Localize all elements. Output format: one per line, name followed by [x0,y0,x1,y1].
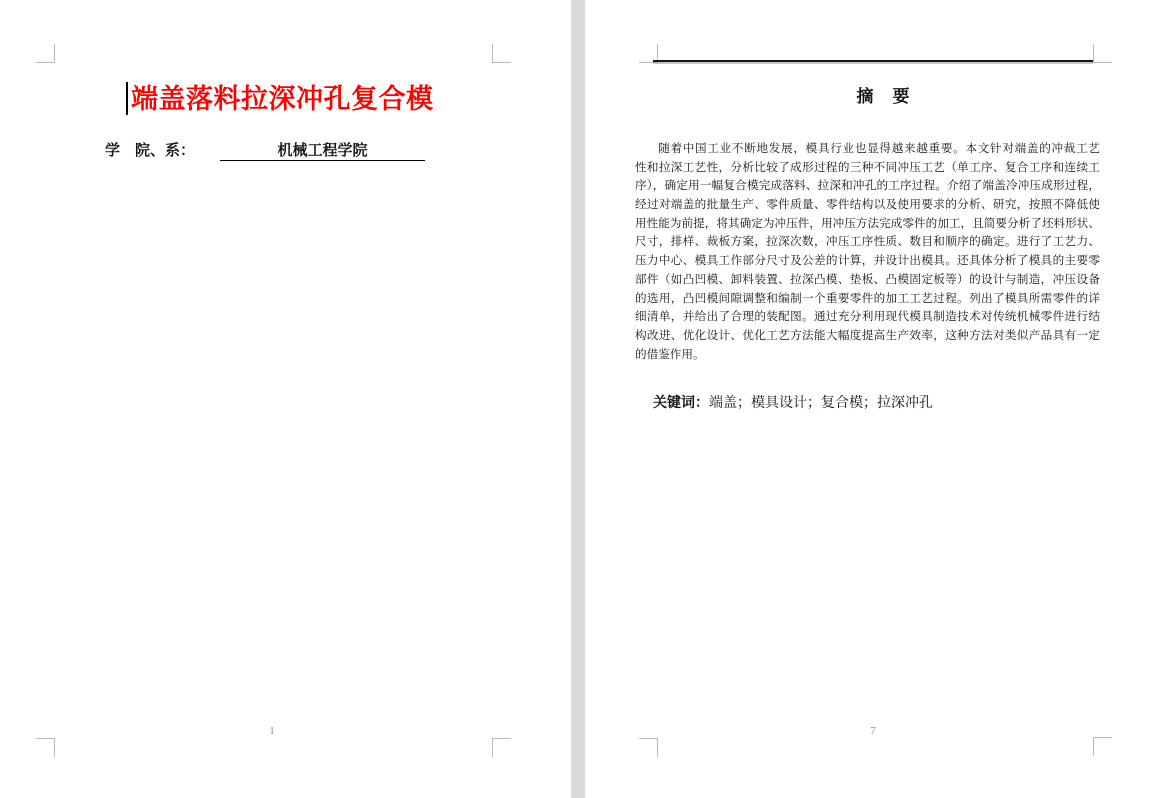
crop-mark-top-right [1093,44,1112,63]
crop-mark-bottom-right [1093,737,1112,756]
abstract-line[interactable]: 性和拉深工艺性，分析比较了成形过程的三种不同冲压工艺（单工序、复合工序和连续工 [635,159,1100,178]
abstract-line[interactable]: 细清单，并给出了合理的装配图。通过充分利用现代模具制造技术对传统机械零件进行结 [635,308,1100,327]
abstract-line[interactable]: 用性能为前提，将其确定为冲压件，用冲压方法完成零件的加工，且简要分析了坯料形状、 [635,215,1100,234]
department-value-underline[interactable]: 机械工程学院 [220,143,425,161]
abstract-line[interactable]: 的借鉴作用。 [635,346,1100,365]
abstract-line[interactable]: 压力中心、模具工作部分尺寸及公差的计算，并设计出模具。还具体分析了模具的主要零 [635,252,1100,271]
department-row[interactable]: 学 院、系：机械工程学院 [105,143,425,161]
abstract-line[interactable]: 构改进、优化设计、优化工艺方法能大幅度提高生产效率，这种方法对类似产品具有一定 [635,327,1100,346]
abstract-line[interactable]: 的选用，凸凹模间隙调整和编制一个重要零件的加工工艺过程。列出了模具所需零件的详 [635,290,1100,309]
page-number-left: 1 [252,725,292,737]
document-view: 端盖落料拉深冲孔复合模 学 院、系：机械工程学院 1 摘 要 随着中国工业不断地… [0,0,1167,798]
abstract-line[interactable]: 部件（如凸凹模、卸料装置、拉深凸模、垫板、凸模固定板等）的设计与制造，冲压设备 [635,271,1100,290]
crop-mark-bottom-left [639,738,658,757]
keywords-value: 端盖；模具设计；复合模；拉深冲孔 [709,396,933,411]
abstract-body[interactable]: 随着中国工业不断地发展，模具行业也显得越来越重要。本文针对端盖的冲裁工艺 性和拉… [635,140,1100,364]
abstract-line[interactable]: 随着中国工业不断地发展，模具行业也显得越来越重要。本文针对端盖的冲裁工艺 [635,140,1100,159]
keywords-row[interactable]: 关键词：端盖；模具设计；复合模；拉深冲孔 [653,395,933,413]
crop-mark-bottom-left [36,738,55,757]
crop-mark-top-right [492,44,511,63]
page-divider [571,0,585,798]
department-label: 学 院、系： [105,143,195,159]
header-rule [653,60,1093,62]
page-number-right: 7 [853,725,893,737]
crop-mark-bottom-right [492,738,511,757]
keywords-label: 关键词： [653,396,709,411]
abstract-line[interactable]: 尺寸，排样、裁板方案，拉深次数，冲压工序性质、数目和顺序的确定。进行了工艺力、 [635,233,1100,252]
crop-mark-top-left [36,44,55,63]
abstract-line[interactable]: 经过对端盖的批量生产、零件质量、零件结构以及使用要求的分析、研究，按照不降低使 [635,196,1100,215]
document-title[interactable]: 端盖落料拉深冲孔复合模 [131,83,434,115]
text-cursor [126,82,128,115]
abstract-line[interactable]: 序），确定用一幅复合模完成落料、拉深和冲孔的工序过程。介绍了端盖冷冲压成形过程， [635,177,1100,196]
abstract-heading[interactable]: 摘 要 [635,82,1116,107]
department-value: 机械工程学院 [278,143,368,159]
page-left[interactable]: 端盖落料拉深冲孔复合模 学 院、系：机械工程学院 1 [0,0,571,798]
